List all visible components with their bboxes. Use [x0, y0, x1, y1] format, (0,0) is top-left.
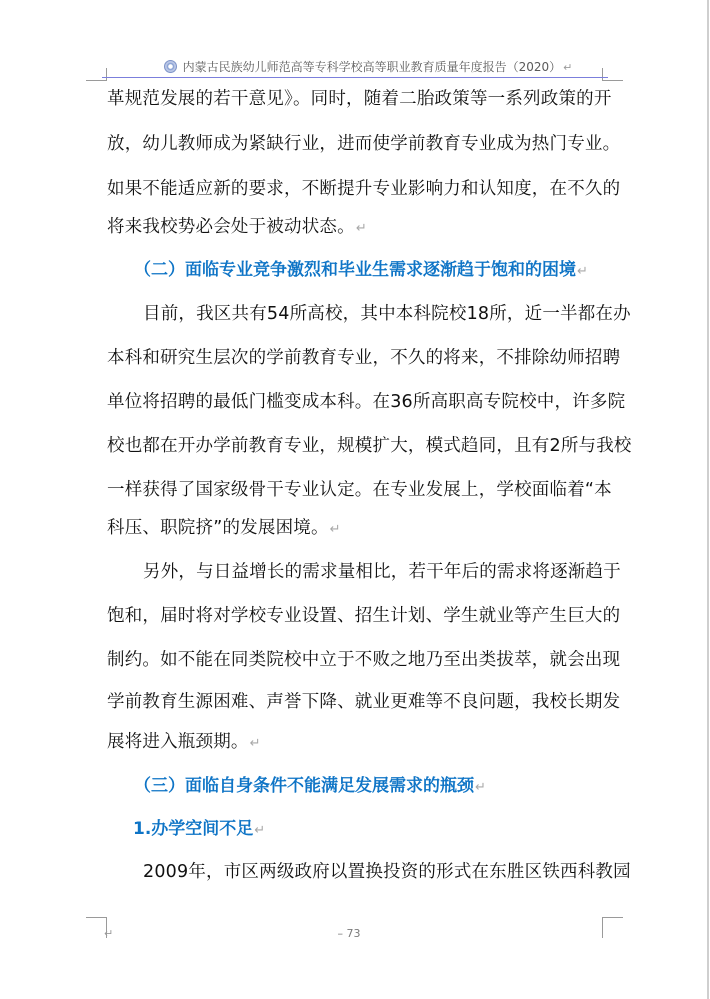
body-line: 校也都在开办学前教育专业，规模扩大，模式趋同，且有2所与我校	[107, 434, 632, 458]
footer-corner-mark-left-h	[86, 917, 107, 918]
page-edge	[707, 0, 709, 999]
body-line: 学前教育生源困难、声誉下降、就业更难等不良问题，我校长期发	[107, 690, 620, 714]
body-line: 科压、职院挤”的发展困境。↵	[107, 516, 341, 540]
body-line: 展将进入瓶颈期。↵	[107, 730, 261, 754]
sub-heading-text: 1.办学空间不足	[133, 819, 253, 839]
body-line: 2009年，市区两级政府以置换投资的形式在东胜区铁西科教园	[143, 860, 631, 884]
body-line: 一样获得了国家级骨干专业认定。在专业发展上，学校面临着“本	[107, 478, 612, 502]
sub-heading-1: 1.办学空间不足↵	[133, 817, 265, 841]
header-corner-mark-right-h	[602, 80, 623, 81]
paragraph-mark-icon: ↵	[563, 61, 572, 74]
school-emblem-icon	[164, 60, 177, 73]
paragraph-mark-icon: ↵	[250, 736, 261, 751]
body-line: 制约。如不能在同类院校中立于不败之地乃至出类拔萃，就会出现	[107, 648, 620, 672]
body-line-text: 展将进入瓶颈期。	[107, 732, 249, 752]
body-line-text: 将来我校势必会处于被动状态。	[107, 217, 355, 237]
body-line: 将来我校势必会处于被动状态。↵	[107, 215, 367, 239]
body-line: 目前，我区共有54所高校，其中本科院校18所，近一半都在办	[143, 302, 631, 326]
paragraph-mark-icon: ↵	[254, 823, 265, 838]
body-line: 革规范发展的若干意见》。同时，随着二胎政策等一系列政策的开	[107, 87, 612, 111]
body-line: 另外，与日益增长的需求量相比，若干年后的需求将逐渐趋于	[143, 560, 621, 584]
body-line: 单位将招聘的最低门槛变成本科。在36所高职高专院校中，许多院	[107, 390, 625, 414]
page-number-text: – 73	[338, 927, 361, 940]
header-corner-mark-left-h	[86, 80, 107, 81]
page-header: 内蒙古民族幼儿师范高等专科学校高等职业教育质量年度报告（2020）↵	[0, 58, 710, 76]
page-number: – 73	[0, 926, 710, 942]
section-heading-text: （三）面临自身条件不能满足发展需求的瓶颈	[134, 776, 474, 796]
paragraph-mark-icon: ↵	[330, 522, 341, 537]
section-heading-text: （二）面临专业竞争激烈和毕业生需求逐渐趋于饱和的困境	[134, 260, 576, 280]
header-rule	[102, 77, 608, 78]
body-line: 如果不能适应新的要求，不断提升专业影响力和认知度，在不久的	[107, 177, 620, 201]
footer-corner-mark-right-h	[602, 917, 623, 918]
header-title: 内蒙古民族幼儿师范高等专科学校高等职业教育质量年度报告（2020）	[183, 60, 562, 74]
body-line: 放，幼儿教师成为紧缺行业，进而使学前教育专业成为热门专业。	[107, 132, 620, 156]
body-line-text: 科压、职院挤”的发展困境。	[107, 518, 329, 538]
paragraph-mark-icon: ↵	[475, 780, 486, 795]
body-line: 本科和研究生层次的学前教育专业，不久的将来，不排除幼师招聘	[107, 346, 620, 370]
section-heading-3: （三）面临自身条件不能满足发展需求的瓶颈↵	[134, 774, 486, 798]
body-line: 饱和，届时将对学校专业设置、招生计划、学生就业等产生巨大的	[107, 604, 620, 628]
paragraph-mark-icon: ↵	[356, 221, 367, 236]
section-heading-2: （二）面临专业竞争激烈和毕业生需求逐渐趋于饱和的困境↵	[134, 258, 588, 282]
paragraph-mark-icon: ↵	[577, 264, 588, 279]
